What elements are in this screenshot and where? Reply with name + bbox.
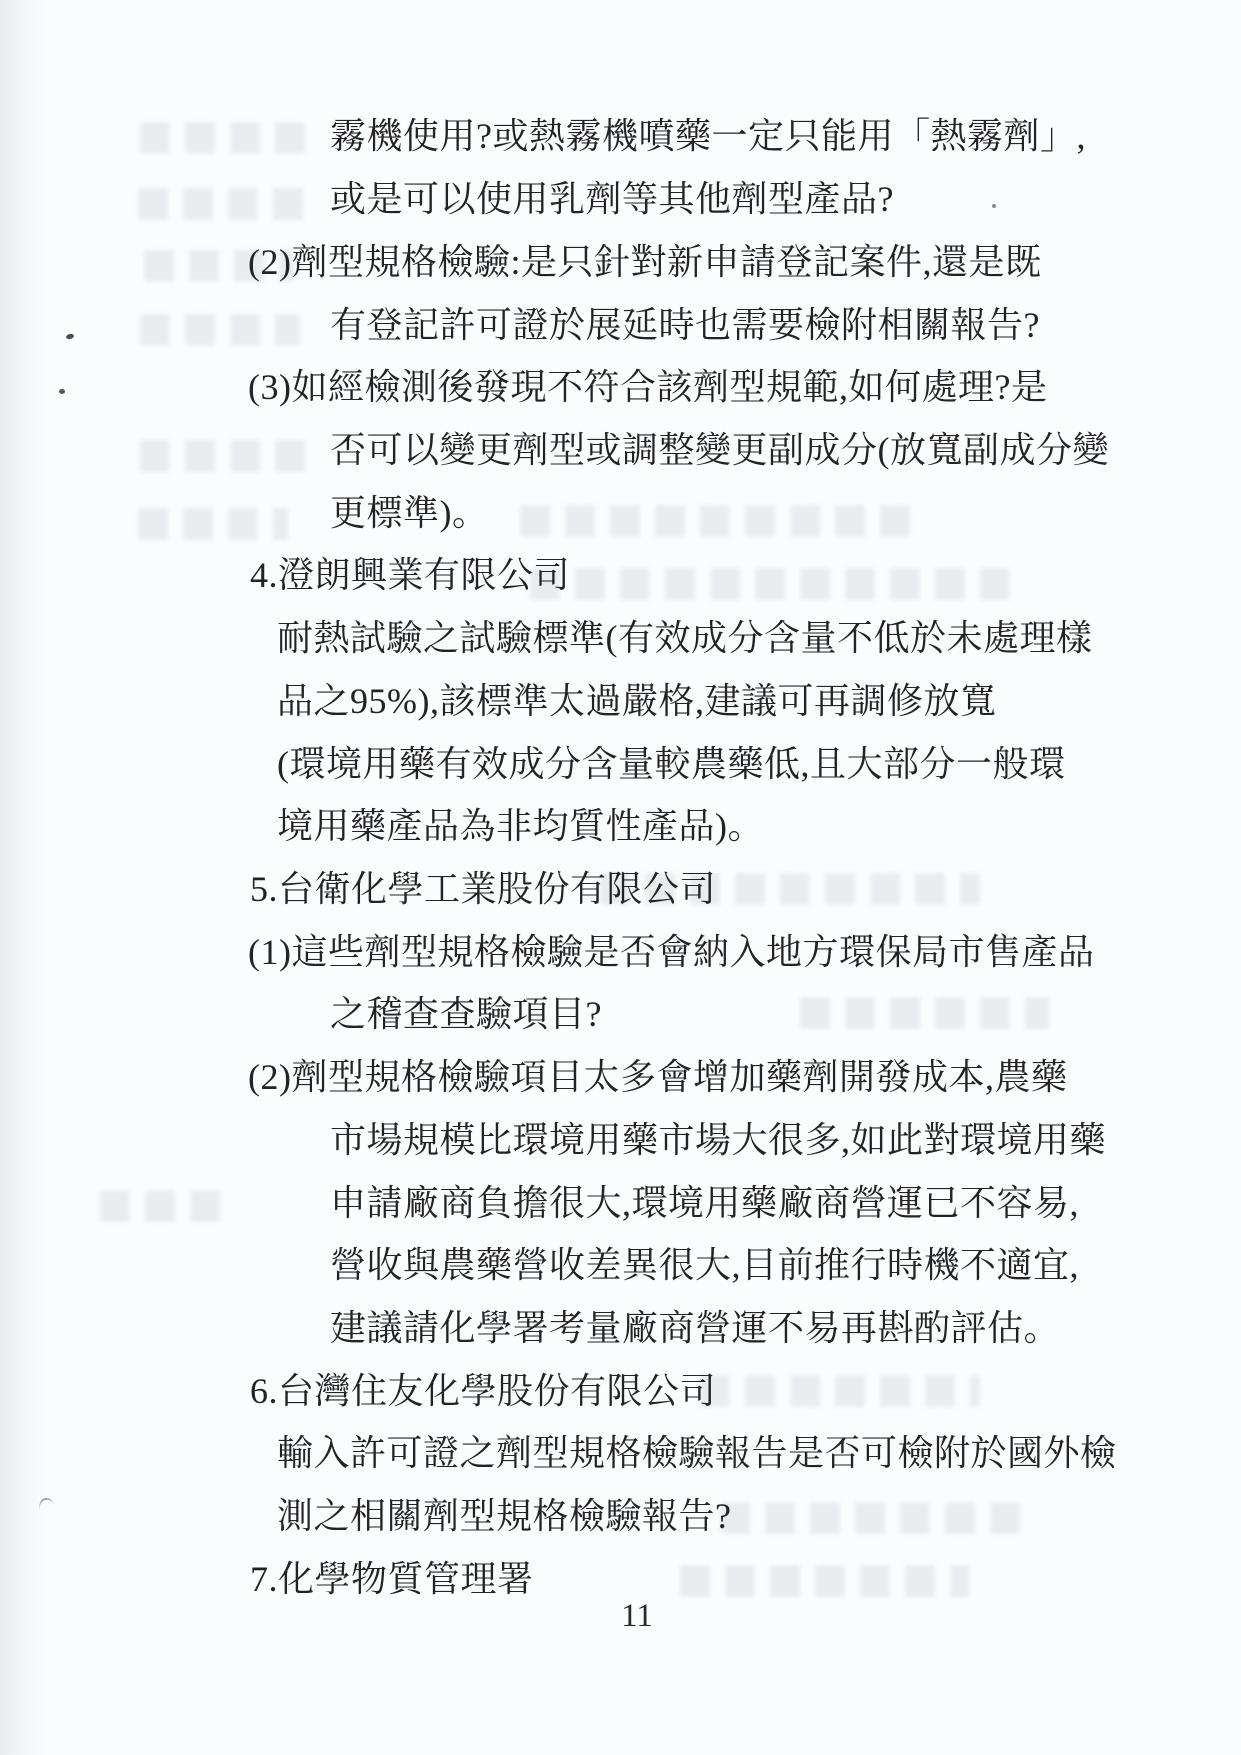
text-line: (1)這些劑型規格檢驗是否會納入地方環保局市售產品	[248, 920, 1241, 983]
text-line: (2)劑型規格檢驗項目太多會增加藥劑開發成本,農藥	[248, 1046, 1241, 1109]
text-line: (環境用藥有效成分含量較農藥低,且大部分一般環	[277, 732, 1241, 795]
text-line: 有登記許可證於展延時也需要檢附相關報告?	[330, 293, 1241, 356]
text-line: 申請廠商負擔很大,環境用藥廠商營運已不容易,	[330, 1171, 1241, 1234]
text-line: 建議請化學署考量廠商營運不易再斟酌評估。	[330, 1297, 1241, 1360]
text-line: 市場規模比環境用藥市場大很多,如此對環境用藥	[330, 1109, 1241, 1172]
text-line: 7.化學物質管理署	[250, 1548, 1241, 1611]
text-line: (3)如經檢測後發現不符合該劑型規範,如何處理?是	[248, 356, 1241, 419]
text-line: 更標準)。	[330, 481, 1241, 544]
page-number: 11	[557, 1597, 717, 1637]
text-line: 營收與農藥營收差異很大,目前推行時機不適宜,	[330, 1234, 1241, 1297]
text-line: 5.台衛化學工業股份有限公司	[250, 858, 1241, 921]
text-line: 之稽查查驗項目?	[330, 983, 1241, 1046]
text-line: 或是可以使用乳劑等其他劑型產品?	[330, 168, 1241, 231]
text-line: 境用藥產品為非均質性產品)。	[277, 795, 1241, 858]
document-page: 霧機使用?或熱霧機噴藥一定只能用「熱霧劑」, 或是可以使用乳劑等其他劑型產品? …	[0, 0, 1241, 1755]
text-line: 4.澄朗興業有限公司	[250, 544, 1241, 607]
text-line: 6.台灣住友化學股份有限公司	[250, 1359, 1241, 1422]
text-line: 輸入許可證之劑型規格檢驗報告是否可檢附於國外檢	[277, 1422, 1241, 1485]
text-line: 測之相關劑型規格檢驗報告?	[277, 1485, 1241, 1548]
text-line: 耐熱試驗之試驗標準(有效成分含量不低於未處理樣	[277, 607, 1241, 670]
document-text-block: 霧機使用?或熱霧機噴藥一定只能用「熱霧劑」, 或是可以使用乳劑等其他劑型產品? …	[0, 0, 1241, 1610]
text-line: 霧機使用?或熱霧機噴藥一定只能用「熱霧劑」,	[330, 105, 1241, 168]
text-line: 品之95%),該標準太過嚴格,建議可再調修放寬	[277, 669, 1241, 732]
text-line: 否可以變更劑型或調整變更副成分(放寬副成分變	[330, 419, 1241, 482]
text-line: (2)劑型規格檢驗:是只針對新申請登記案件,還是既	[248, 230, 1241, 293]
